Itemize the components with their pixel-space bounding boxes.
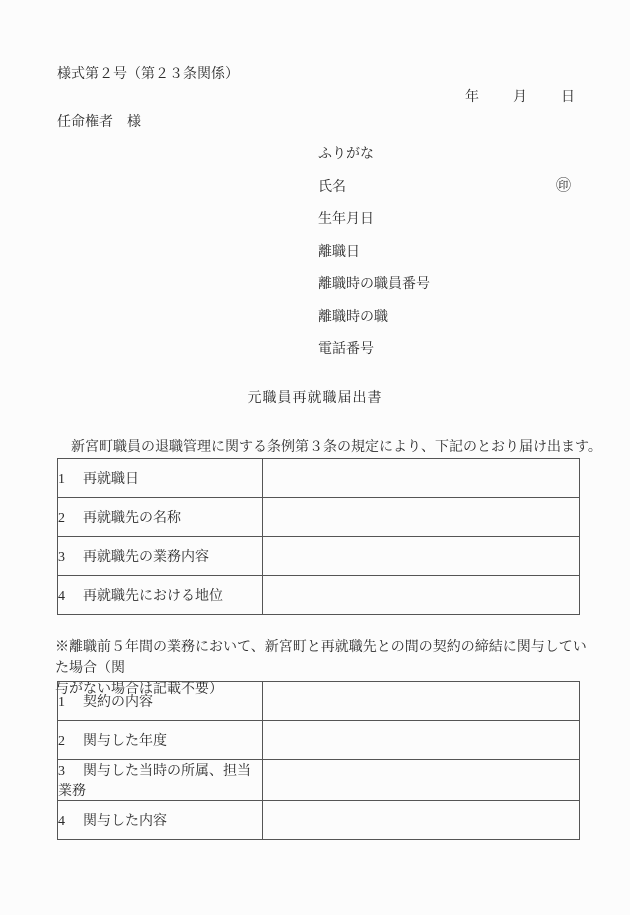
row-label: 再就職先の業務内容 (83, 550, 209, 565)
applicant-fields: ふりがな 氏名 生年月日 離職日 離職時の職員番号 離職時の職 電話番号 (318, 143, 430, 371)
seal-icon: ㊞ (556, 174, 571, 195)
field-employee-number: 離職時の職員番号 (318, 273, 430, 306)
intro-paragraph: 新宮町職員の退職管理に関する条例第３条の規定により、下記のとおり届け出ます。 (57, 436, 602, 456)
row-value-blank (263, 682, 580, 721)
date-year-label: 年 (465, 86, 479, 106)
field-furigana: ふりがな (318, 143, 430, 176)
row-number: 1 (58, 695, 83, 711)
form-number: 様式第２号（第２３条関係） (57, 63, 239, 83)
contract-involvement-table: 1契約の内容 2関与した年度 3関与した当時の所属、担当業務 4関与した内容 (57, 681, 580, 840)
row-label: 再就職先における地位 (83, 589, 223, 604)
row-label: 関与した年度 (83, 734, 167, 749)
row-label: 再就職先の名称 (83, 511, 181, 526)
row-value-blank (263, 459, 580, 498)
row-number: 4 (58, 589, 83, 605)
row-value-blank (263, 537, 580, 576)
field-birthdate: 生年月日 (318, 208, 430, 241)
table-row: 4再就職先における地位 (58, 576, 580, 615)
field-position-at-resignation: 離職時の職 (318, 306, 430, 339)
row-value-blank (263, 498, 580, 537)
note-line1: ※離職前５年間の業務において、新宮町と再就職先との間の契約の締結に関与していた場… (55, 640, 587, 676)
field-name: 氏名 (318, 176, 430, 209)
row-value-blank (263, 801, 580, 840)
date-day-label: 日 (561, 86, 575, 106)
table-row: 2再就職先の名称 (58, 498, 580, 537)
date-month-label: 月 (513, 86, 527, 106)
table-row: 2関与した年度 (58, 721, 580, 760)
addressee: 任命権者 様 (57, 111, 141, 131)
field-phone-number: 電話番号 (318, 338, 430, 371)
document-page: 様式第２号（第２３条関係） 年 月 日 任命権者 様 ふりがな 氏名 生年月日 … (0, 0, 630, 915)
row-number: 2 (58, 511, 83, 527)
row-value-blank (263, 576, 580, 615)
row-value-blank (263, 721, 580, 760)
date-line: 年 月 日 (465, 86, 575, 106)
row-number: 3 (58, 550, 83, 566)
row-number: 3 (58, 764, 83, 780)
document-title: 元職員再就職届出書 (0, 387, 630, 407)
row-label: 関与した内容 (83, 814, 167, 829)
row-number: 2 (58, 734, 83, 750)
field-resignation-date: 離職日 (318, 241, 430, 274)
reemployment-table: 1再就職日 2再就職先の名称 3再就職先の業務内容 4再就職先における地位 (57, 458, 580, 615)
row-number: 1 (58, 472, 83, 488)
table-row: 1契約の内容 (58, 682, 580, 721)
table-row: 3関与した当時の所属、担当業務 (58, 760, 580, 801)
table-row: 4関与した内容 (58, 801, 580, 840)
row-label: 再就職日 (83, 472, 139, 487)
row-label: 契約の内容 (83, 695, 153, 710)
row-number: 4 (58, 814, 83, 830)
row-label: 関与した当時の所属、担当業務 (58, 764, 251, 799)
table-row: 1再就職日 (58, 459, 580, 498)
row-value-blank (263, 760, 580, 801)
table-row: 3再就職先の業務内容 (58, 537, 580, 576)
